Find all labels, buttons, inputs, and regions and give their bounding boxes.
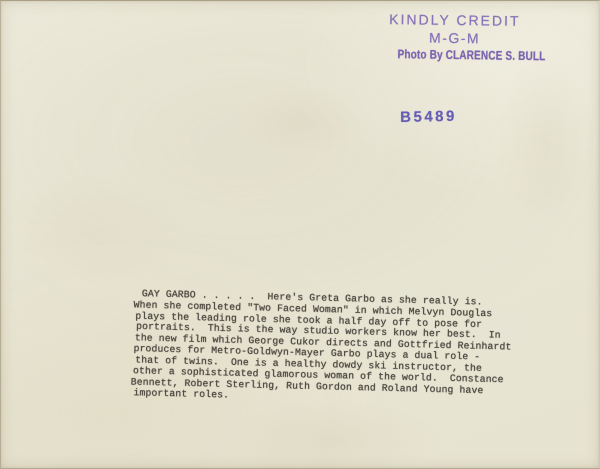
stamp-mgm-text: M-G-M — [384, 29, 526, 47]
photograph-back: KINDLY CREDIT M-G-M Photo By CLARENCE S.… — [0, 0, 600, 469]
stamp-kindly-credit-text: KINDLY CREDIT — [384, 11, 526, 29]
negative-number-stamp: B5489 — [400, 108, 457, 126]
mgm-credit-stamp: KINDLY CREDIT M-G-M Photo By CLARENCE S.… — [383, 11, 526, 63]
stamp-photographer-credit-text: Photo By CLARENCE S. BULL — [398, 47, 512, 63]
typewritten-caption: GAY GARBO . . . . . Here's Greta Garbo a… — [133, 288, 591, 409]
